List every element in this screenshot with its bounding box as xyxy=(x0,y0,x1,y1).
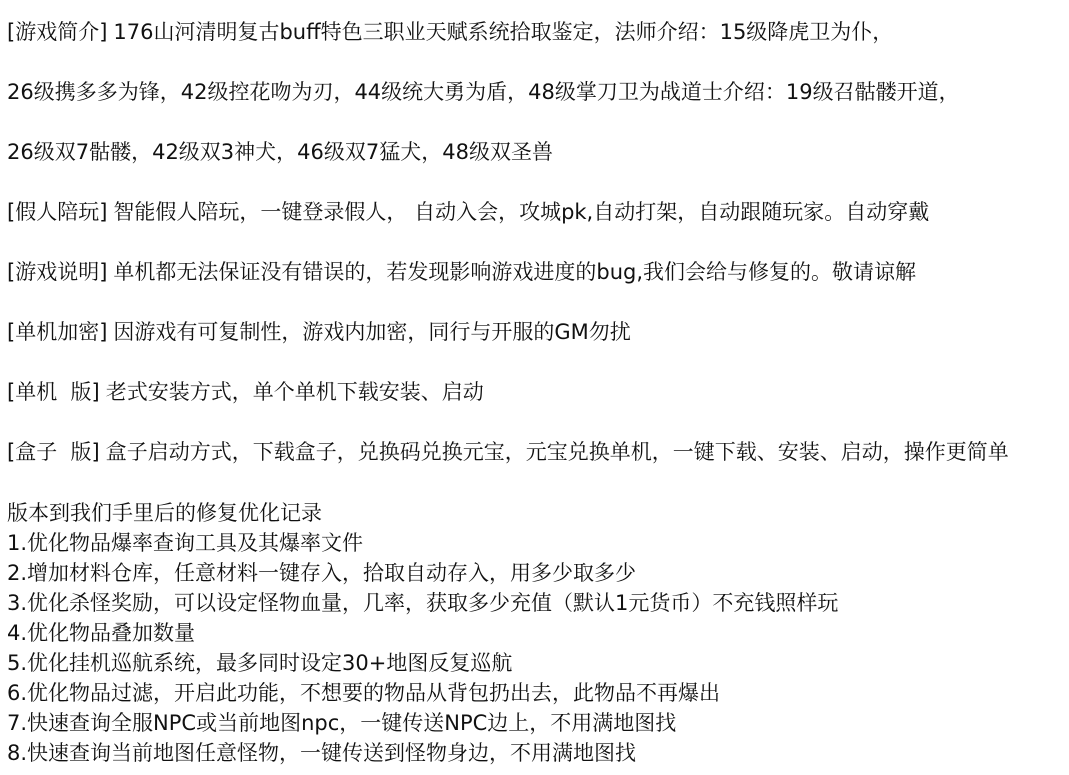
section-encryption: [单机加密]因游戏有可复制性，游戏内加密，同行与开服的GM勿扰 xyxy=(7,317,631,347)
intro-text-line-1: 176山河清明复古buff特色三职业天赋系统拾取鉴定，法师介绍：15级降虎卫为仆… xyxy=(113,20,893,44)
record-item: 8.快速查询当前地图任意怪物，一键传送到怪物身边，不用满地图找 xyxy=(7,738,838,768)
section-tag: [盒子 版] xyxy=(7,440,100,464)
intro-paragraph-line-2: 26级携多多为锋，42级控花吻为刃，44级统大勇为盾，48级掌刀卫为战道士介绍：… xyxy=(7,77,960,107)
intro-tag: [游戏简介] xyxy=(7,20,107,44)
record-item: 5.优化挂机巡航系统，最多同时设定30+地图反复巡航 xyxy=(7,648,838,678)
section-text: 因游戏有可复制性，游戏内加密，同行与开服的GM勿扰 xyxy=(113,320,630,344)
section-box-version: [盒子 版]盒子启动方式，下载盒子，兑换码兑换元宝，元宝兑换单机，一键下载、安装… xyxy=(7,437,1009,467)
intro-paragraph-line-3: 26级双7骷髅，42级双3神犬，46级双7猛犬，48级双圣兽 xyxy=(7,137,553,167)
record-item: 1.优化物品爆率查询工具及其爆率文件 xyxy=(7,528,838,558)
section-text: 老式安装方式，单个单机下载安装、启动 xyxy=(106,380,484,404)
fix-optimization-records: 版本到我们手里后的修复优化记录 1.优化物品爆率查询工具及其爆率文件 2.增加材… xyxy=(7,498,838,768)
section-text: 智能假人陪玩，一键登录假人， 自动入会，攻城pk,自动打架，自动跟随玩家。自动穿… xyxy=(113,200,929,224)
section-tag: [单机 版] xyxy=(7,380,100,404)
section-tag: [单机加密] xyxy=(7,320,107,344)
section-text: 盒子启动方式，下载盒子，兑换码兑换元宝，元宝兑换单机，一键下载、安装、启动，操作… xyxy=(106,440,1009,464)
section-text: 单机都无法保证没有错误的，若发现影响游戏进度的bug,我们会给与修复的。敬请谅解 xyxy=(113,260,916,284)
section-bot-companion: [假人陪玩]智能假人陪玩，一键登录假人， 自动入会，攻城pk,自动打架，自动跟随… xyxy=(7,197,929,227)
intro-text-line-3: 26级双7骷髅，42级双3神犬，46级双7猛犬，48级双圣兽 xyxy=(7,140,553,164)
section-tag: [游戏说明] xyxy=(7,260,107,284)
record-item: 7.快速查询全服NPC或当前地图npc，一键传送NPC边上，不用满地图找 xyxy=(7,708,838,738)
record-item: 3.优化杀怪奖励，可以设定怪物血量，几率，获取多少充值（默认1元货币）不充钱照样… xyxy=(7,588,838,618)
record-item: 2.增加材料仓库，任意材料一键存入，拾取自动存入，用多少取多少 xyxy=(7,558,838,588)
records-title: 版本到我们手里后的修复优化记录 xyxy=(7,498,838,528)
section-tag: [假人陪玩] xyxy=(7,200,107,224)
section-standalone-version: [单机 版]老式安装方式，单个单机下载安装、启动 xyxy=(7,377,484,407)
intro-text-line-2: 26级携多多为锋，42级控花吻为刃，44级统大勇为盾，48级掌刀卫为战道士介绍：… xyxy=(7,80,960,104)
intro-paragraph-line-1: [游戏简介]176山河清明复古buff特色三职业天赋系统拾取鉴定，法师介绍：15… xyxy=(7,17,893,47)
section-game-notes: [游戏说明]单机都无法保证没有错误的，若发现影响游戏进度的bug,我们会给与修复… xyxy=(7,257,916,287)
record-item: 6.优化物品过滤，开启此功能，不想要的物品从背包扔出去，此物品不再爆出 xyxy=(7,678,838,708)
record-item: 4.优化物品叠加数量 xyxy=(7,618,838,648)
